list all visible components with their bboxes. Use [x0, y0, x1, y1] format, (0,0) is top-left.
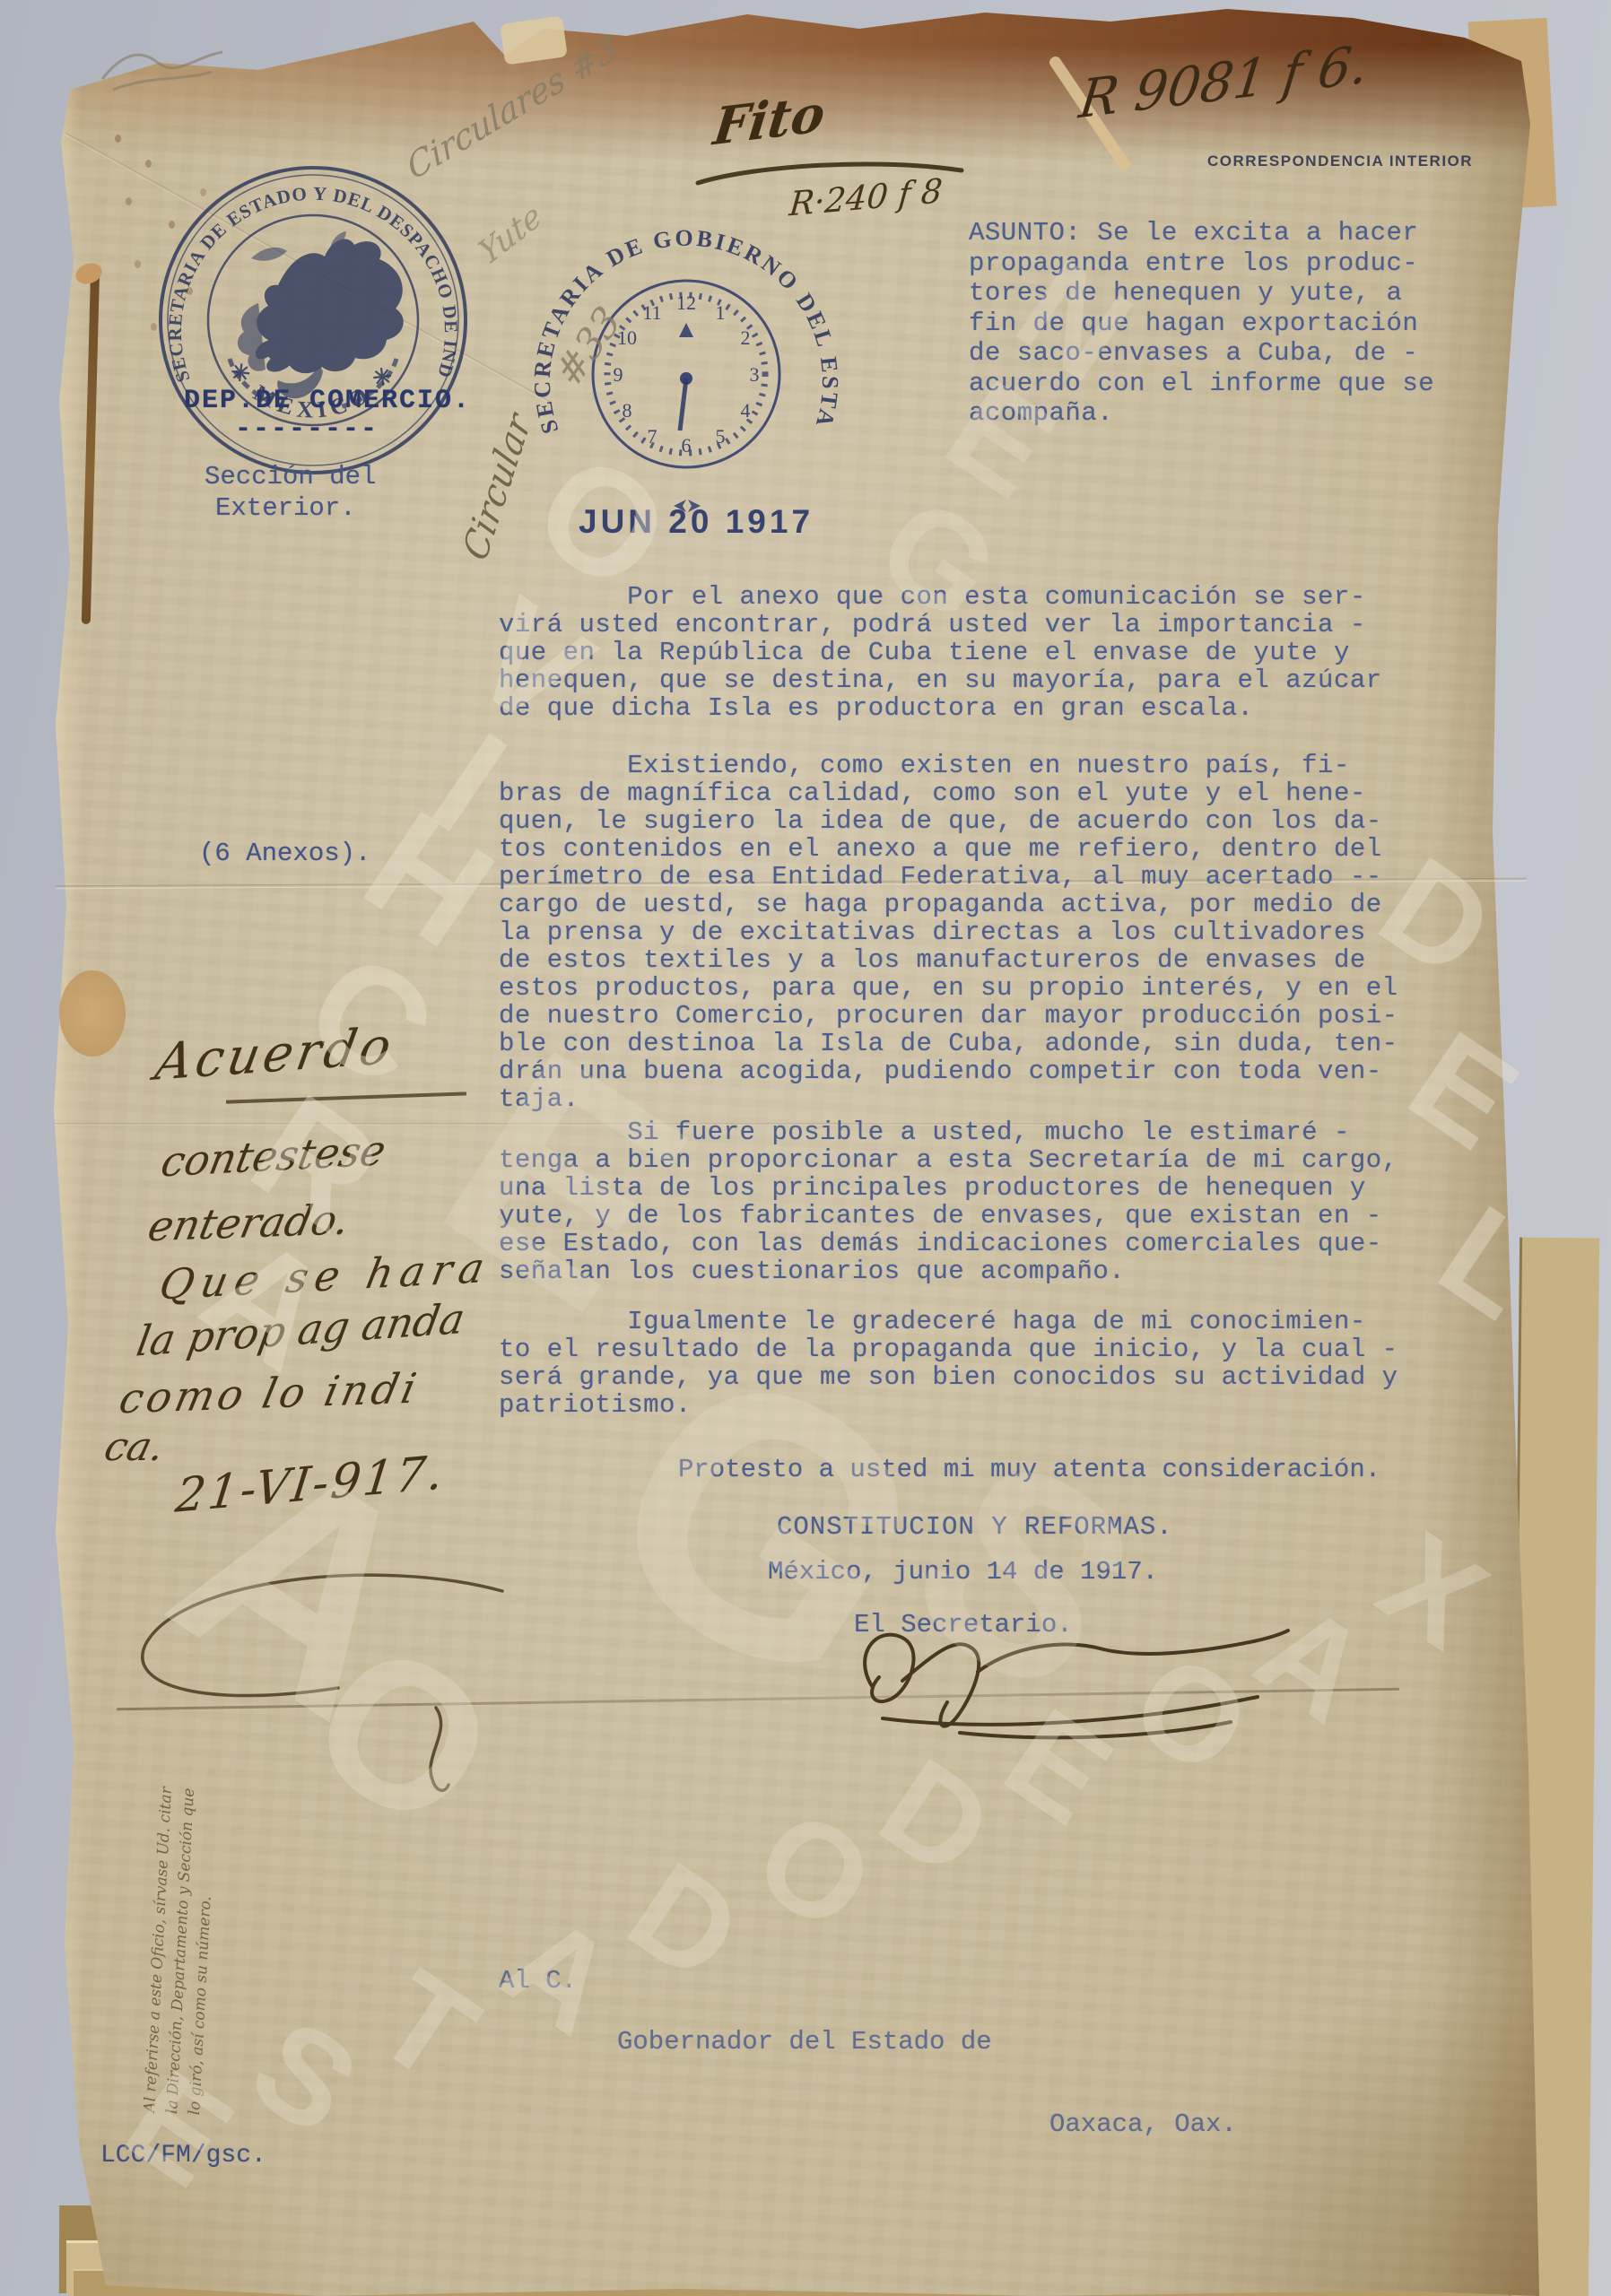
text-line: quen, le sugiero la idea de que, de acue…: [499, 807, 1398, 835]
text-line: estos productos, para que, en su propio …: [499, 974, 1398, 1002]
clerk-initials: LCC/FM/gsc.: [100, 2142, 266, 2170]
text-line: Igualmente le gradeceré haga de mi conoc…: [499, 1308, 1398, 1335]
section-line: Exterior.: [215, 493, 356, 523]
text-line: propaganda entre los produc-: [969, 248, 1434, 279]
text-line: acuerdo con el informe que se: [969, 369, 1434, 399]
paragraph-2: Existiendo, como existen en nuestro país…: [499, 752, 1398, 1113]
text-line: la prensa y de excitativas directas a lo…: [499, 918, 1398, 946]
text-line: ASUNTO: Se le excita a hacer: [969, 218, 1434, 248]
text-line: henequen, que se destina, en su mayoría,…: [499, 666, 1382, 694]
text-line: que en la República de Cuba tiene el env…: [499, 639, 1382, 666]
text-line: bras de magnífica calidad, como son el y…: [499, 779, 1398, 807]
addressee-city: Oaxaca, Oax.: [1049, 2109, 1237, 2139]
salutation: Al C.: [499, 1966, 577, 1996]
section-line: Sección del: [205, 462, 376, 491]
annex-note: (6 Anexos).: [199, 839, 370, 868]
hook-mark: [411, 1700, 465, 1808]
margin-note-line: ca.: [100, 1424, 170, 1470]
text-line: fin de que hagan exportación: [969, 309, 1434, 339]
text-line: yute, y de los fabricantes de envases, q…: [499, 1202, 1398, 1230]
closing-line: Protesto a usted mi muy atenta considera…: [678, 1455, 1380, 1484]
text-line: será grande, ya que me son bien conocido…: [499, 1363, 1398, 1391]
clock-number: 12: [676, 291, 696, 314]
text-line: tos contenidos en el anexo a que me refi…: [499, 835, 1398, 863]
clock-number: 4: [741, 399, 751, 422]
dateline: México, junio 14 de 1917.: [768, 1557, 1158, 1587]
clock-face-icon: 12 1 2 3 4 5 6 7 8 9 10 11: [593, 281, 779, 512]
text-line: señalan los cuestionarios que acompaño.: [499, 1257, 1398, 1285]
motto-line: CONSTITUCION Y REFORMAS.: [777, 1512, 1173, 1542]
clock-number: 1: [716, 301, 726, 324]
clock-number: 11: [642, 301, 661, 324]
document-photo: SECRETARIA DE ESTADO Y DEL DESPACHO DE I…: [0, 0, 1611, 2296]
text-line: tenga a bien proporcionar a esta Secreta…: [499, 1146, 1398, 1174]
date-stamp-date: JUN 20 1917: [579, 503, 814, 540]
text-line: de estos textiles y a los manufactureros…: [499, 946, 1398, 974]
clock-number: 9: [614, 363, 623, 386]
paragraph-4: Igualmente le gradeceré haga de mi conoc…: [499, 1308, 1398, 1419]
text-line: de que dicha Isla es productora en gran …: [499, 694, 1382, 722]
asunto-block: ASUNTO: Se le excita a hacerpropaganda e…: [969, 218, 1434, 429]
margin-note-line: enterado.: [144, 1195, 353, 1250]
text-line: cargo de uestd, se haga propaganda activ…: [499, 891, 1398, 918]
clock-number: 5: [716, 425, 726, 448]
clock-number: 8: [623, 399, 632, 422]
edge-shading: [1424, 7, 1541, 2296]
department-label: DEP.DE COMERCIO.: [184, 386, 471, 416]
secretary-signature: [825, 1598, 1310, 1742]
text-line: drán una buena acogida, pudiendo competi…: [499, 1057, 1398, 1085]
text-line: Existiendo, como existen en nuestro país…: [499, 752, 1398, 779]
edge-shading: [52, 7, 83, 2296]
addressee: Gobernador del Estado de: [617, 2027, 992, 2057]
text-line: una lista de los principales productores…: [499, 1174, 1398, 1202]
text-line: to el resultado de la propaganda que ini…: [499, 1335, 1398, 1363]
text-line: tores de henequen y yute, a: [969, 278, 1434, 309]
text-line: ble con destinoa la Isla de Cuba, adonde…: [499, 1030, 1398, 1057]
text-line: ese Estado, con las demás indicaciones c…: [499, 1230, 1398, 1257]
paragraph-1: Por el anexo que con esta comunicación s…: [499, 583, 1382, 722]
text-line: de nuestro Comercio, procuren dar mayor …: [499, 1002, 1398, 1030]
text-line: Si fuere posible a usted, mucho le estim…: [499, 1118, 1398, 1146]
text-line: acompaña.: [969, 398, 1434, 429]
clock-number: 3: [750, 363, 760, 386]
text-line: taja.: [499, 1085, 1398, 1113]
clock-number: 2: [741, 326, 751, 349]
paragraph-3: Si fuere posible a usted, mucho le estim…: [499, 1118, 1398, 1285]
text-line: virá usted encontrar, podrá usted ver la…: [499, 611, 1382, 639]
text-line: de saco-envases a Cuba, de -: [969, 338, 1434, 369]
text-line: Por el anexo que con esta comunicación s…: [499, 583, 1382, 611]
department-underline: --------: [235, 414, 379, 445]
text-line: patriotismo.: [499, 1391, 1398, 1419]
clock-number: 7: [648, 425, 657, 448]
clock-number: 6: [682, 434, 692, 457]
correspondence-label: CORRESPONDENCIA INTERIOR: [1207, 152, 1473, 170]
pencil-scribble: [95, 36, 230, 99]
text-line: perímetro de esa Entidad Federativa, al …: [499, 863, 1398, 891]
